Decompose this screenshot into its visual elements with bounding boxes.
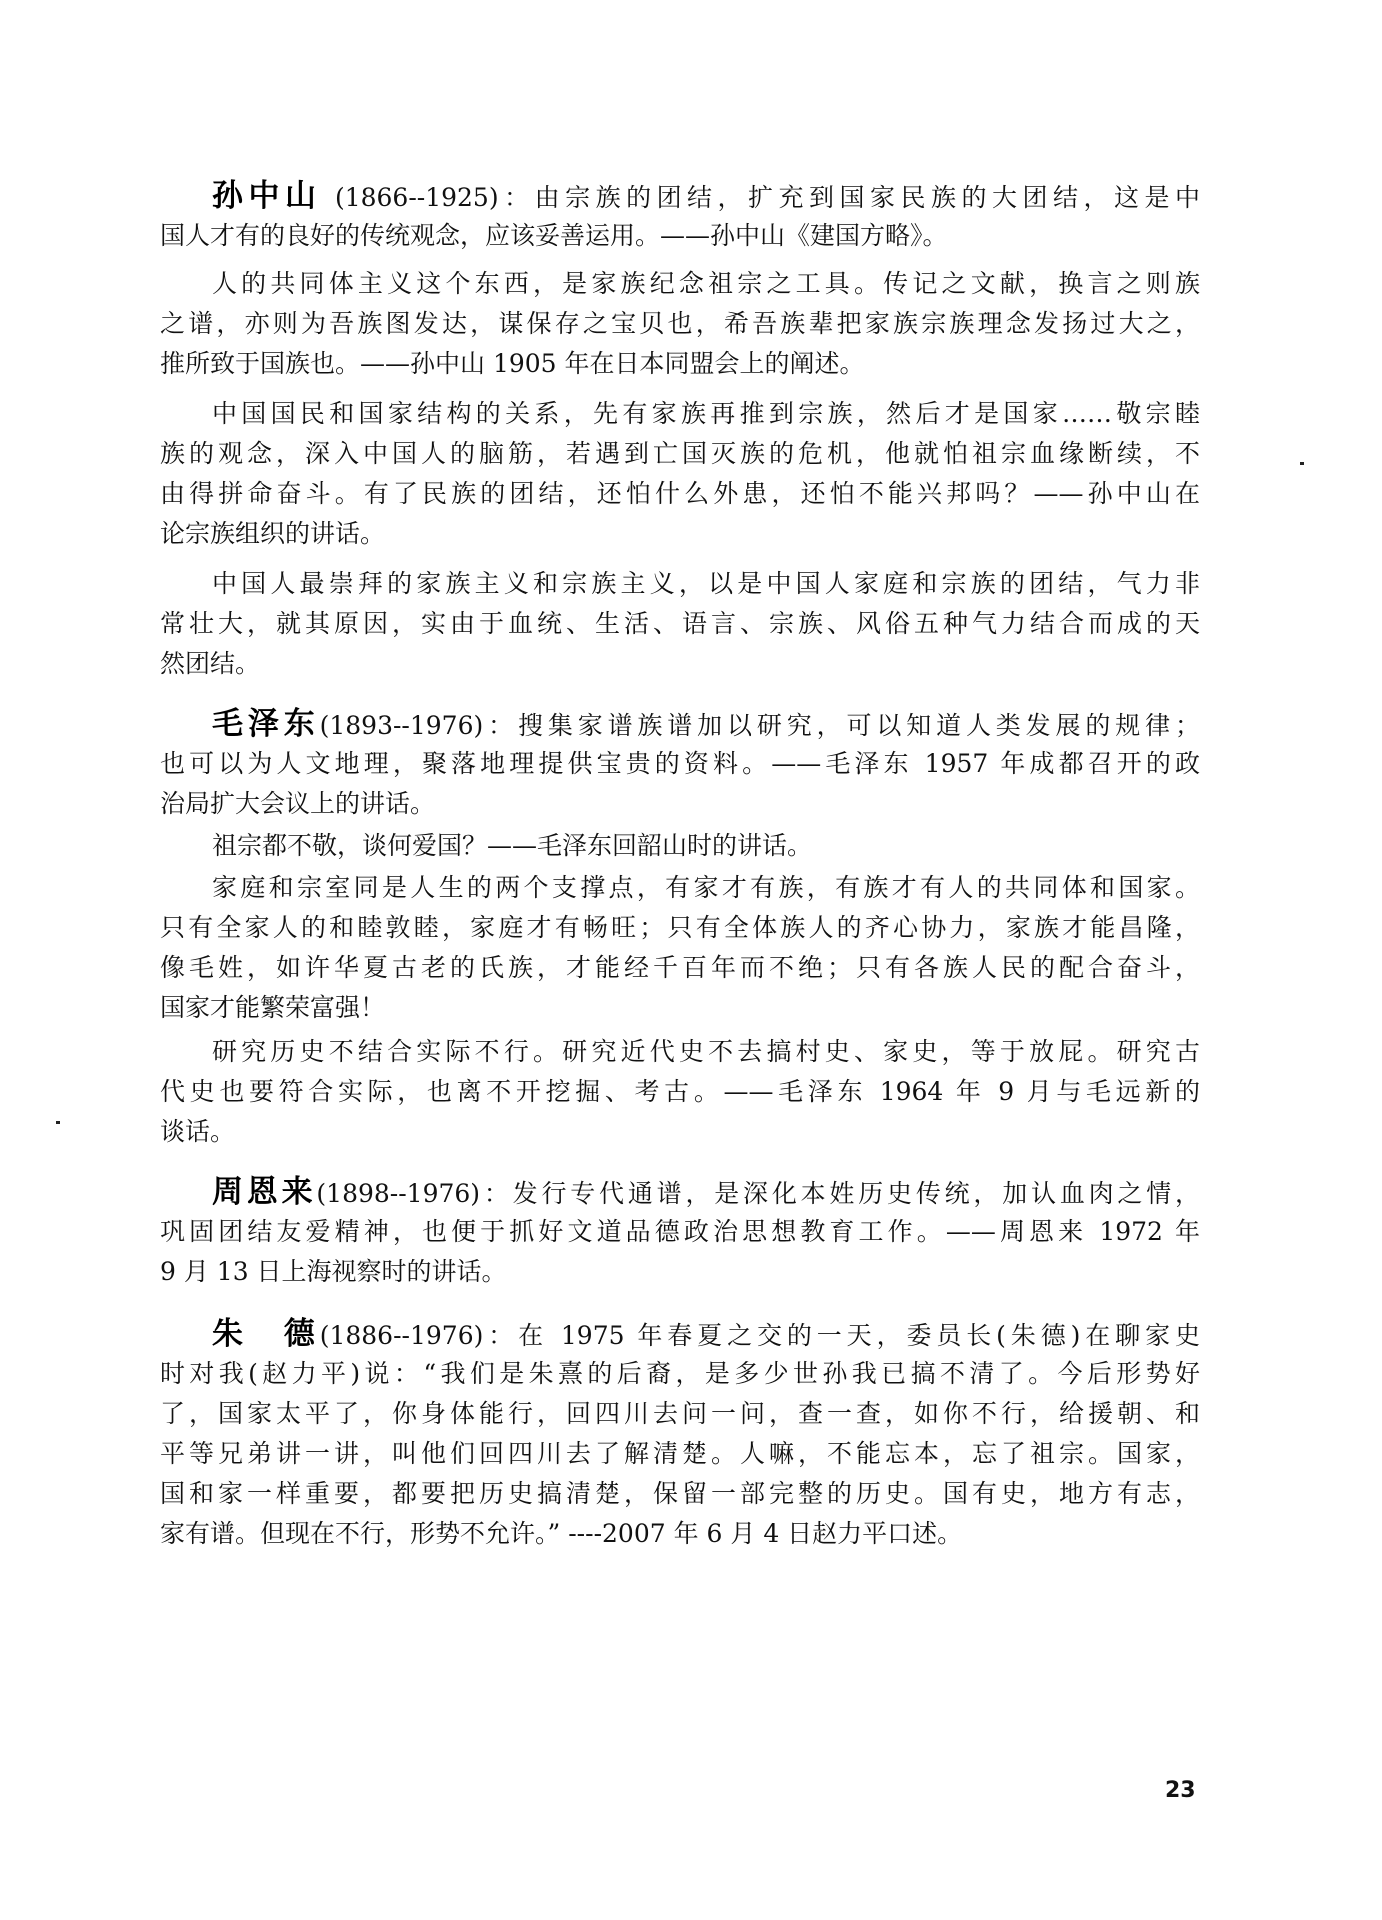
text-line: 由得拼命奋斗。有了民族的团结，还怕什么外患，还怕不能兴邦吗？——孙中山在 (160, 474, 1200, 514)
text-line: 时对我(赵力平)说：“我们是朱熹的后裔，是多少世孙我已搞不清了。今后形势好 (160, 1354, 1200, 1394)
text-line: 然团结。 (160, 644, 1200, 684)
text-line: 之谱，亦则为吾族图发达，谋保存之宝贝也，希吾族辈把家族宗族理念发扬过大之， (160, 304, 1200, 344)
text-line: 常壮大，就其原因，实由于血统、生活、语言、宗族、风俗五种气力结合而成的天 (160, 604, 1200, 644)
text-line: 也可以为人文地理，聚落地理提供宝贵的资料。——毛泽东 1957 年成都召开的政 (160, 744, 1200, 784)
text-line: 只有全家人的和睦敦睦，家庭才有畅旺；只有全体族人的齐心协力，家族才能昌隆， (160, 908, 1200, 948)
person-name: 毛泽东 (212, 706, 320, 742)
section-heading-zhu-de: 朱 德(1886--1976)：在 1975 年春夏之交的一天，委员长(朱德)在… (212, 1314, 1200, 1354)
text-line: 9 月 13 日上海视察时的讲话。 (160, 1252, 1200, 1292)
text-line: 家庭和宗室同是人生的两个支撑点，有家才有族，有族才有人的共同体和国家。 (212, 868, 1200, 908)
section-heading-sun-zhongshan: 孙中山 (1866--1925)：由宗族的团结，扩充到国家民族的大团结，这是中 (212, 176, 1200, 216)
text-line: 推所致于国族也。——孙中山 1905 年在日本同盟会上的阐述。 (160, 344, 1200, 384)
person-name: 周恩来 (212, 1174, 316, 1210)
text-line: 研究历史不结合实际不行。研究近代史不去搞村史、家史，等于放屁。研究古 (212, 1032, 1200, 1072)
text-line: 平等兄弟讲一讲，叫他们回四川去了解清楚。人嘛，不能忘本，忘了祖宗。国家， (160, 1434, 1200, 1474)
text-line: 谈话。 (160, 1112, 1200, 1152)
text-line: 人的共同体主义这个东西，是家族纪念祖宗之工具。传记之文献，换言之则族 (212, 264, 1200, 304)
text-line: 中国国民和国家结构的关系，先有家族再推到宗族，然后才是国家……敬宗睦 (212, 394, 1200, 434)
text-line: 家有谱。但现在不行，形势不允许。” ----2007 年 6 月 4 日赵力平口… (160, 1514, 1200, 1554)
person-name: 朱 德 (212, 1316, 320, 1352)
quote-text: (1898--1976)：发行专代通谱，是深化本姓历史传统，加认血肉之情， (316, 1179, 1200, 1208)
text-line: 族的观念，深入中国人的脑筋，若遇到亡国灭族的危机，他就怕祖宗血缘断续，不 (160, 434, 1200, 474)
text-line: 国人才有的良好的传统观念，应该妥善运用。——孙中山《建国方略》。 (160, 216, 1200, 256)
text-line: 治局扩大会议上的讲话。 (160, 784, 1200, 824)
section-heading-mao-zedong: 毛泽东(1893--1976)：搜集家谱族谱加以研究，可以知道人类发展的规律； (212, 704, 1200, 744)
document-page: 孙中山 (1866--1925)：由宗族的团结，扩充到国家民族的大团结，这是中 … (0, 0, 1382, 1920)
person-name: 孙中山 (212, 178, 322, 214)
text-line: 巩固团结友爱精神，也便于抓好文道品德政治思想教育工作。——周恩来 1972 年 (160, 1212, 1200, 1252)
text-line: 国和家一样重要，都要把历史搞清楚，保留一部完整的历史。国有史，地方有志， (160, 1474, 1200, 1514)
quote-text: (1866--1925)：由宗族的团结，扩充到国家民族的大团结，这是中 (322, 183, 1201, 212)
section-heading-zhou-enlai: 周恩来(1898--1976)：发行专代通谱，是深化本姓历史传统，加认血肉之情， (212, 1172, 1200, 1212)
page-number: 23 (1165, 1778, 1196, 1803)
text-line: 国家才能繁荣富强！ (160, 988, 1200, 1028)
quote-text: (1893--1976)：搜集家谱族谱加以研究，可以知道人类发展的规律； (320, 711, 1200, 740)
scan-speck (1300, 462, 1304, 465)
text-line: 论宗族组织的讲话。 (160, 514, 1200, 554)
text-line: 中国人最崇拜的家族主义和宗族主义，以是中国人家庭和宗族的团结，气力非 (212, 564, 1200, 604)
text-line: 祖宗都不敬，谈何爱国？——毛泽东回韶山时的讲话。 (212, 826, 1200, 866)
text-line: 像毛姓，如许华夏古老的氏族，才能经千百年而不绝；只有各族人民的配合奋斗， (160, 948, 1200, 988)
scan-speck (56, 1121, 60, 1124)
text-line: 了，国家太平了，你身体能行，回四川去问一问，查一查，如你不行，给援朝、和 (160, 1394, 1200, 1434)
quote-text: (1886--1976)：在 1975 年春夏之交的一天，委员长(朱德)在聊家史 (320, 1321, 1200, 1350)
text-line: 代史也要符合实际，也离不开挖掘、考古。——毛泽东 1964 年 9 月与毛远新的 (160, 1072, 1200, 1112)
